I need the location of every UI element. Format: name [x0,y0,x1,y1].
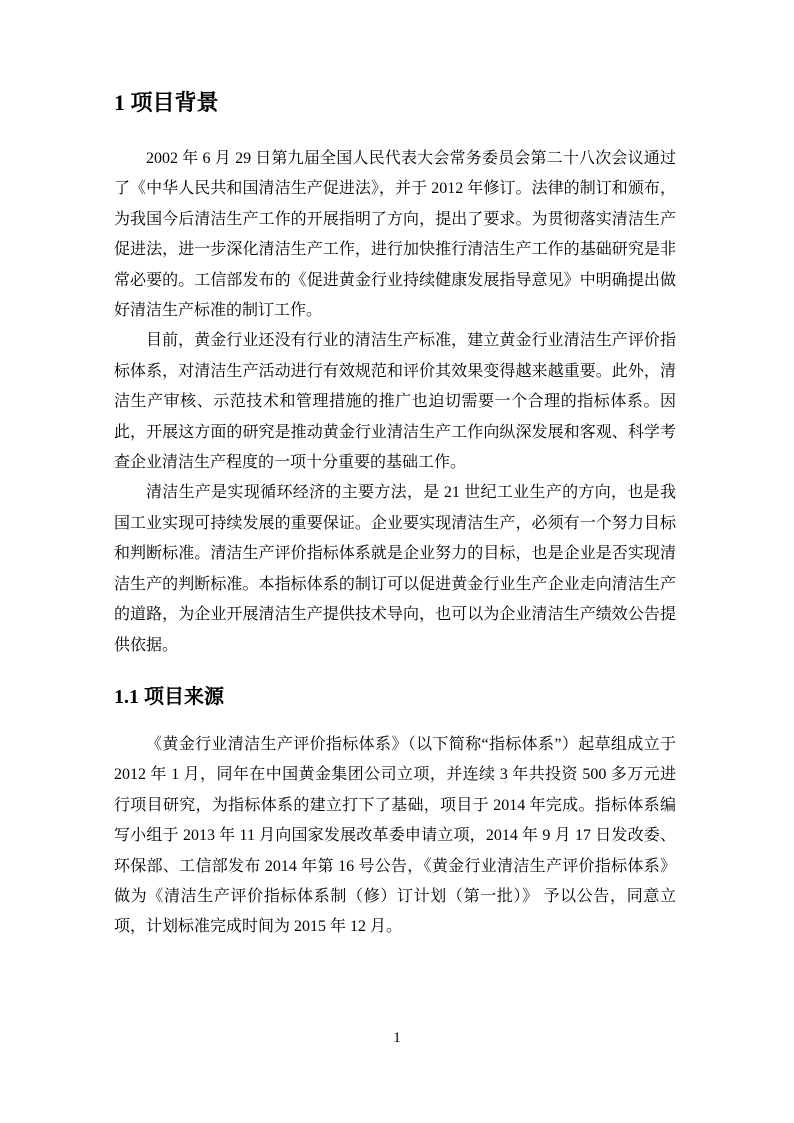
heading-project-background: 1 项目背景 [114,87,676,118]
paragraph: 2002 年 6 月 29 日第九届全国人民代表大会常务委员会第二十八次会议通过… [114,144,676,326]
paragraph: 《黄金行业清洁生产评价指标体系》（以下简称“指标体系”）起草组成立于 2012 … [114,730,676,943]
document-page: 1 项目背景 2002 年 6 月 29 日第九届全国人民代表大会常务委员会第二… [0,0,794,1123]
paragraph: 清洁生产是实现循环经济的主要方法，是 21 世纪工业生产的方向，也是我国工业实现… [114,478,676,660]
page-number: 1 [0,1028,794,1048]
heading-project-source: 1.1 项目来源 [114,682,676,713]
paragraph: 目前，黄金行业还没有行业的清洁生产标准，建立黄金行业清洁生产评价指标体系，对清洁… [114,326,676,478]
